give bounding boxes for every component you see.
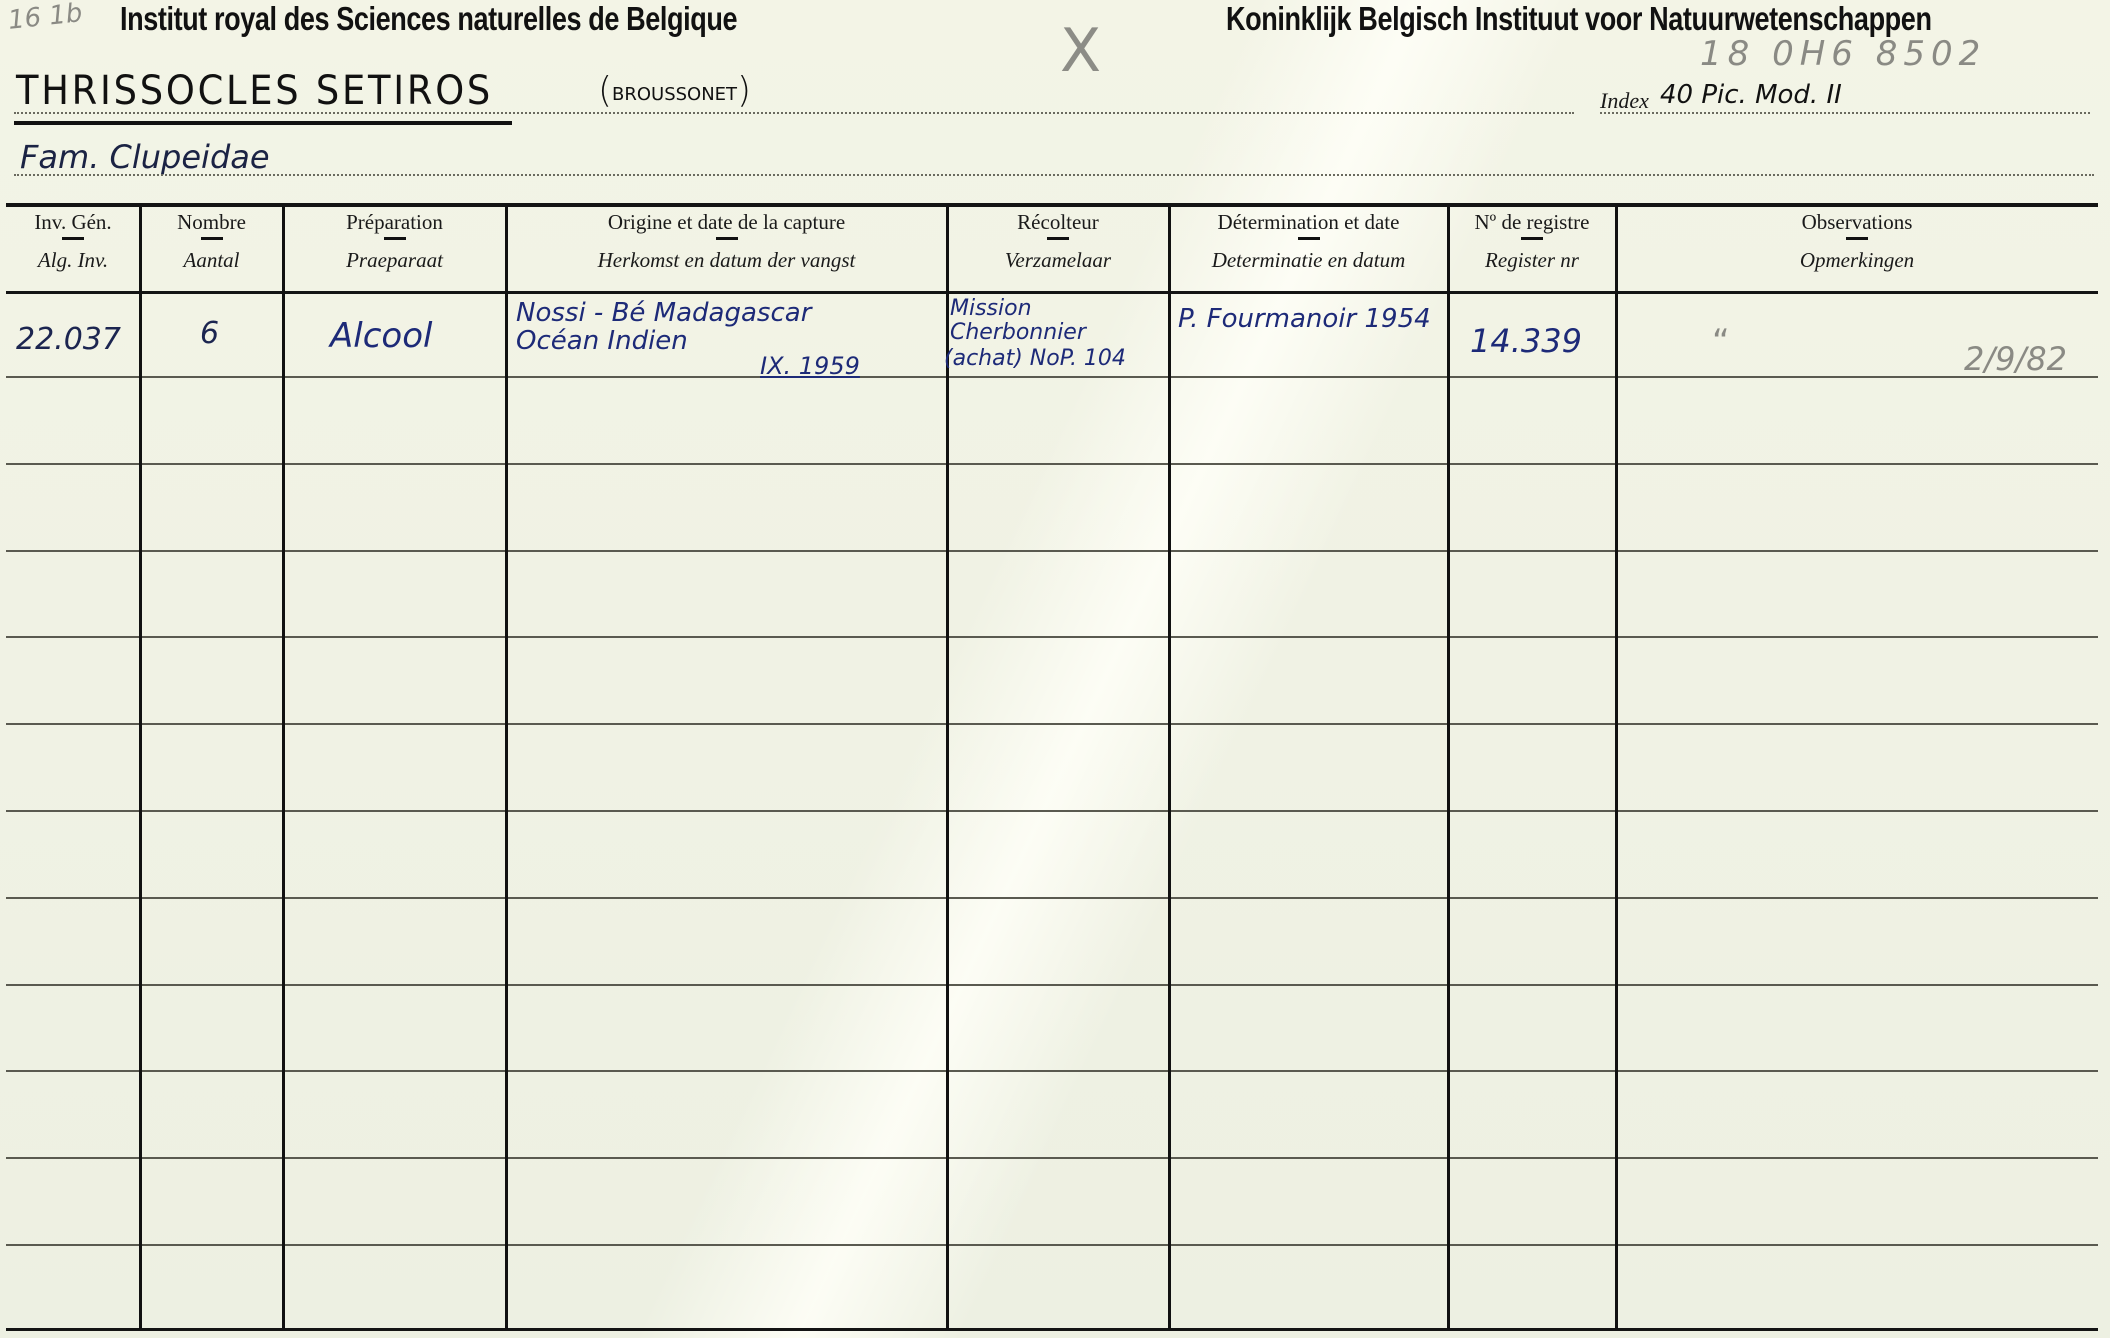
cell-preparation: Alcool xyxy=(330,316,432,356)
separator-dash xyxy=(384,237,406,240)
column-header-fr: Détermination et date xyxy=(1169,212,1448,233)
column-header-inv-gen: Inv. Gén.Alg. Inv. xyxy=(6,208,140,292)
row-separator xyxy=(6,1070,2098,1072)
species-author: BROUSSONET xyxy=(612,84,737,105)
cell-origine-date: IX. 1959 xyxy=(760,352,860,380)
cell-determination: P. Fourmanoir 1954 xyxy=(1178,304,1431,334)
row-separator xyxy=(6,897,2098,899)
column-header-determination: Détermination et dateDeterminatie en dat… xyxy=(1169,208,1448,292)
family-name: Fam. Clupeidae xyxy=(20,138,270,176)
catalog-number: 18 0H6 8502 xyxy=(1700,34,1986,74)
row-separator xyxy=(6,550,2098,552)
separator-dash xyxy=(716,237,738,240)
index-label: Index xyxy=(1600,88,1649,114)
column-header-fr: Préparation xyxy=(283,212,506,233)
column-header-fr: Inv. Gén. xyxy=(6,212,140,233)
column-header-nl: Praeparaat xyxy=(283,250,506,271)
institute-name-dutch: Koninklijk Belgisch Instituut voor Natuu… xyxy=(1226,0,1932,38)
column-header-fr: Origine et date de la capture xyxy=(506,212,947,233)
column-header-registre: Nº de registreRegister nr xyxy=(1448,208,1616,292)
cell-nombre: 6 xyxy=(200,316,219,351)
separator-dash xyxy=(62,237,84,240)
dotted-line-family xyxy=(14,174,2094,176)
dotted-line-species xyxy=(14,112,1574,114)
row-separator xyxy=(6,376,2098,378)
column-header-recolteur: RécolteurVerzamelaar xyxy=(947,208,1169,292)
column-header-nl: Alg. Inv. xyxy=(6,250,140,271)
column-header-nl: Verzamelaar xyxy=(947,250,1169,271)
cell-observations-mark: “ xyxy=(1712,322,1730,362)
column-header-nl: Determinatie en datum xyxy=(1169,250,1448,271)
column-header-observations: ObservationsOpmerkingen xyxy=(1616,208,2098,292)
column-separator xyxy=(946,207,949,1329)
table-top-rule xyxy=(6,203,2098,207)
dotted-line-index xyxy=(1600,112,2090,114)
column-header-nl: Register nr xyxy=(1448,250,1616,271)
column-separator xyxy=(1447,207,1450,1329)
column-header-nl: Aantal xyxy=(140,250,283,271)
column-header-fr: Nº de registre xyxy=(1448,212,1616,233)
cell-origine-line2: Océan Indien xyxy=(516,326,688,356)
separator-dash xyxy=(1298,237,1320,240)
cell-recolteur-line1: Mission xyxy=(950,296,1032,321)
pencil-x-mark: X xyxy=(1060,16,1101,86)
row-separator xyxy=(6,636,2098,638)
index-card xyxy=(0,0,2110,1338)
column-separator xyxy=(139,207,142,1329)
separator-dash xyxy=(1846,237,1868,240)
separator-dash xyxy=(201,237,223,240)
row-separator xyxy=(6,463,2098,465)
column-header-nl: Opmerkingen xyxy=(1616,250,2098,271)
cell-registre: 14.339 xyxy=(1470,322,1582,360)
column-separator xyxy=(1615,207,1618,1329)
row-separator xyxy=(6,723,2098,725)
column-separator xyxy=(1168,207,1171,1329)
column-header-origine: Origine et date de la captureHerkomst en… xyxy=(506,208,947,292)
institute-name-french: Institut royal des Sciences naturelles d… xyxy=(120,0,737,38)
cell-observations-date: 2/9/82 xyxy=(1964,340,2067,378)
species-underline xyxy=(14,121,512,125)
cell-recolteur-line3: (achat) NoP. 104 xyxy=(944,346,1126,371)
row-separator xyxy=(6,810,2098,812)
column-header-fr: Nombre xyxy=(140,212,283,233)
separator-dash xyxy=(1047,237,1069,240)
index-value: 40 Pic. Mod. II xyxy=(1660,80,1842,110)
cell-recolteur-line2: Cherbonnier xyxy=(950,320,1086,345)
separator-dash xyxy=(1521,237,1543,240)
column-separator xyxy=(505,207,508,1329)
row-separator xyxy=(6,984,2098,986)
species-name: THRISSOCLES SETIROS xyxy=(16,68,493,114)
column-header-nombre: NombreAantal xyxy=(140,208,283,292)
cell-inv-gen: 22.037 xyxy=(16,322,121,357)
column-header-preparation: PréparationPraeparaat xyxy=(283,208,506,292)
column-header-fr: Observations xyxy=(1616,212,2098,233)
table-bottom-rule xyxy=(6,1328,2098,1331)
column-separator xyxy=(282,207,285,1329)
cell-origine-line1: Nossi - Bé Madagascar xyxy=(516,298,811,328)
row-separator xyxy=(6,1157,2098,1159)
column-header-nl: Herkomst en datum der vangst xyxy=(506,250,947,271)
column-header-fr: Récolteur xyxy=(947,212,1169,233)
row-separator xyxy=(6,1244,2098,1246)
